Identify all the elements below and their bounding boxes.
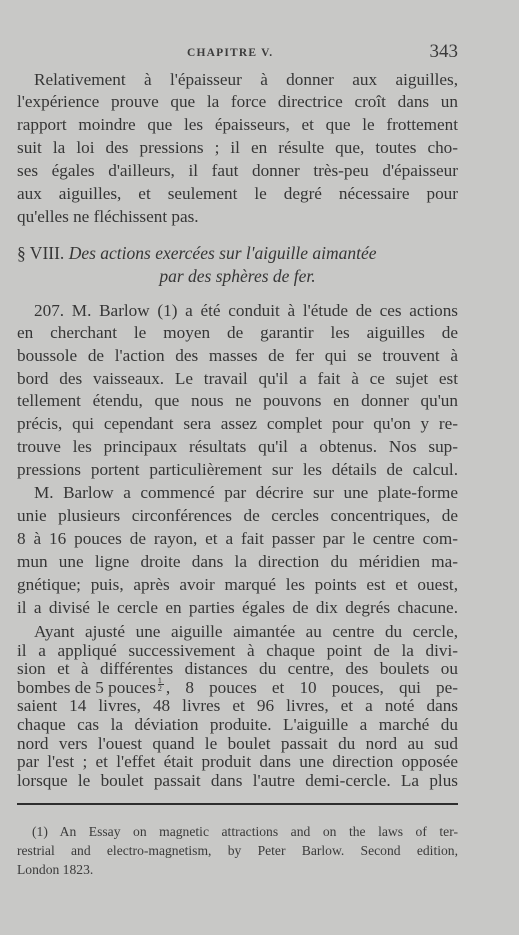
- book-page: CHAPITRE V. 343 Relativement à l'épaisse…: [17, 0, 458, 935]
- text-line: il a divisé le cercle en parties égales …: [17, 597, 458, 618]
- footnote-line: London 1823.: [17, 860, 458, 879]
- chapter-title: CHAPITRE V.: [187, 47, 273, 59]
- text-line: tellement étendu, que nous ne pouvons en…: [17, 390, 458, 411]
- section-title-line-1: Des actions exercées sur l'aiguille aima…: [69, 243, 377, 263]
- text-line: précis, qui cependant sera assez complet…: [17, 413, 458, 434]
- text-line: suit la loi des pressions ; il en résult…: [17, 137, 458, 158]
- text-line: ses égales d'ailleurs, il faut donner tr…: [17, 160, 458, 181]
- section-heading: § VIII. Des actions exercées sur l'aigui…: [17, 242, 458, 264]
- text-line: qu'elles ne fléchissent pas.: [17, 206, 458, 227]
- text-line: bord des vaisseaux. Le travail qu'il a f…: [17, 368, 458, 389]
- text-line: boussole de l'action des masses de fer q…: [17, 345, 458, 366]
- footnote-line: (1) An Essay on magnetic attractions and…: [17, 822, 458, 841]
- section-number: § VIII.: [17, 243, 64, 263]
- fraction-denominator: 2: [158, 685, 164, 692]
- text-line: unie plusieurs circonférences de cercles…: [17, 505, 458, 526]
- text-line: pressions portent particulièrement sur l…: [17, 459, 458, 480]
- footnote-line: restrial and electro-magnetism, by Peter…: [17, 841, 458, 860]
- text-line: mun une ligne droite dans la direction d…: [17, 551, 458, 572]
- text-line: en cherchant le moyen de garantir les ai…: [17, 322, 458, 343]
- running-header: CHAPITRE V. 343: [17, 41, 458, 67]
- text-line: gnétique; puis, après avoir marqué les p…: [17, 574, 458, 595]
- page-number: 343: [430, 41, 459, 63]
- text-line: trouve les principaux résultats qu'il a …: [17, 436, 458, 457]
- text-line: 8 à 16 pouces de rayon, et a fait passer…: [17, 528, 458, 549]
- text-line: M. Barlow a commencé par décrire sur une…: [17, 482, 458, 503]
- fraction-numerator: 1: [158, 677, 164, 684]
- text-line: lorsque le boulet passait dans l'autre d…: [17, 770, 458, 791]
- section-title-line-2: par des sphères de fer.: [17, 265, 458, 287]
- text-line: l'expérience prouve que la force directr…: [17, 91, 458, 112]
- text-line: aux aiguilles, et seulement le degré néc…: [17, 183, 458, 204]
- text-line: rapport moindre que les épaisseurs, et q…: [17, 114, 458, 135]
- footnote-divider: [17, 803, 458, 805]
- text-line: Relativement à l'épaisseur à donner aux …: [17, 69, 458, 90]
- text-line: 207. M. Barlow (1) a été conduit à l'étu…: [17, 300, 458, 321]
